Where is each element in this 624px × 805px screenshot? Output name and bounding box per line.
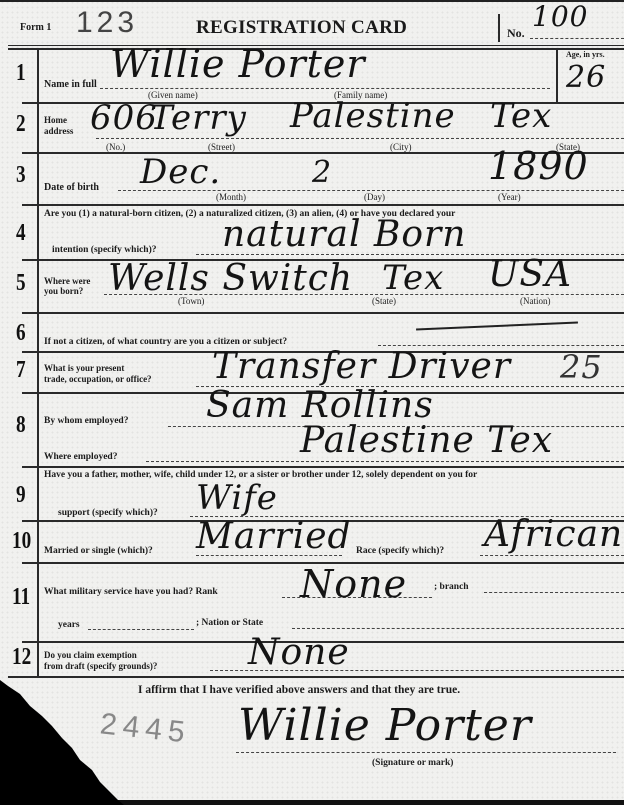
- affirmation-text: I affirm that I have verified above answ…: [138, 684, 460, 696]
- serial-stamp: 123: [76, 6, 138, 40]
- address-number: 606: [90, 98, 158, 138]
- birth-year: 1890: [488, 144, 589, 188]
- address-city: Palestine: [290, 96, 456, 136]
- no-label: No.: [507, 26, 525, 41]
- name-answer: Willie Porter: [110, 42, 366, 86]
- address-street: Terry: [150, 98, 247, 138]
- exemption-answer: None: [248, 632, 350, 673]
- occupation-margin-note: 25: [560, 348, 603, 386]
- header-divider: [498, 14, 500, 42]
- card-title: REGISTRATION CARD: [196, 17, 407, 39]
- name-label: Name in full: [44, 79, 97, 90]
- birth-town: Wells Switch: [108, 258, 353, 299]
- signature-label: (Signature or mark): [372, 758, 453, 768]
- number-column-rule: [37, 50, 39, 678]
- birth-state: Tex: [382, 258, 444, 298]
- registration-card: Form 1 123 REGISTRATION CARD No. 100 1 N…: [0, 0, 624, 805]
- occupation-answer: Transfer Driver: [212, 346, 511, 387]
- form-label: Form 1: [20, 22, 51, 33]
- marital-status-answer: Married: [196, 516, 352, 557]
- row-number: 1: [16, 60, 26, 87]
- military-service-answer: None: [300, 562, 407, 606]
- no-value: 100: [532, 0, 588, 33]
- dependents-answer: Wife: [196, 478, 278, 518]
- citizenship-answer: natural Born: [222, 214, 466, 255]
- birth-month: Dec.: [140, 152, 221, 192]
- address-state: Tex: [490, 96, 552, 136]
- race-answer: African: [484, 514, 623, 555]
- age-divider: [556, 50, 558, 102]
- birth-nation: USA: [488, 254, 572, 295]
- citizenship-dash-answer: [416, 321, 578, 330]
- signature: Willie Porter: [238, 700, 532, 751]
- age-label: Age, in yrs.: [566, 50, 605, 59]
- birth-day: 2: [312, 155, 332, 190]
- employment-place-answer: Palestine Tex: [300, 420, 553, 461]
- pencil-note: 2445: [98, 707, 192, 750]
- age-value: 26: [566, 60, 606, 95]
